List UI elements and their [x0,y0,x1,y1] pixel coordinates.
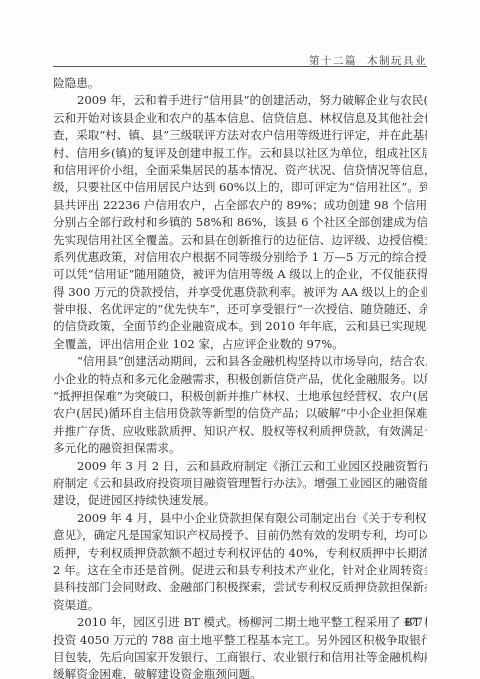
text-line: 全覆盖，评出信用企业 102 家，占应评企业数的 97%。 [53,336,427,353]
text-line: 系列优惠政策，对信用农户根据不同等级分别给予 1 万—5 万元的综合授信，在授信… [53,249,427,266]
paragraph: 2009 年，云和着手进行“信用县”的创建活动，努力破解企业与农民(居民)融资难… [53,92,427,353]
text-line: 2009 年，云和着手进行“信用县”的创建活动，努力破解企业与农民(居民)融资难… [53,92,427,109]
text-line: 意见》，确定凡是国家知识产权局授予、目前仍然有效的发明专利，均可以以专利的财产权… [53,527,427,544]
paragraph: 2010 年，园区引进 BT 模式。杨柳河二期土地平整工程采用了 BT 模式进行… [53,614,427,679]
text-line: 誉申报、名优评定的“优先快车”，还可享受银行“一次授信、随贷随还、余额控制、周转… [53,301,427,318]
text-line: 并推广存货、应收账款质押、知识产权、股权等权利质押贷款，有效满足个人与企业多层次… [53,423,427,440]
text-line: 投资 4050 万元的 788 亩土地平整工程基本完工。另外园区积极争取银行支持… [53,632,427,649]
text-line: 查，采取“村、镇、县”三级联评方法对农户信用等级进行评定，并在此基础上全面开展信… [53,127,427,144]
text-line: 村、信用乡(镇)的复评及创建申报工作。云和县以社区为单位，组成社区居民信息采集小… [53,145,427,162]
text-line: 质押，专利权质押贷款额不超过专利权评估的 40%，专利权质押中长期流动资金贷款期… [53,545,427,562]
text-line: 2009 年 3 月 2 日，云和县政府制定《浙江云和工业园区投融资暂行办法》，… [53,458,427,475]
text-line: 小企业的特点和多元化金融需求，积极创新信贷产品，优化金融服务。以解决农户、社区居… [53,371,427,388]
text-line: 资渠道。 [53,597,427,614]
text-line: 县共评出 22236 户信用农户，占全部农户的 89%；成功创建 98 个信用村… [53,197,427,214]
book-page: 第十二篇木制玩具业 险隐患。2009 年，云和着手进行“信用县”的创建活动，努力… [0,0,480,679]
text-line: 和信用评价小组，全面采集居民的基本情况、资产状况、信贷情况等信息，并依此评定信用… [53,162,427,179]
header-rule [53,66,427,67]
text-line: 建设，促进园区持续快速发展。 [53,492,427,509]
text-line: 农户(居民)循环自主信用贷款等新型的信贷产品；以破解“中小企业担保难”为切入点，… [53,405,427,422]
text-line: 多元化的融资担保需求。 [53,440,427,457]
text-line: 可以凭“信用证”随用随贷，被评为信用等级 A 级以上的企业，不仅能获得政策倾斜，… [53,266,427,283]
text-line: 云和开始对该县企业和农户的基本信息、信贷信息、林权信息及其他社会信息进行全面调 [53,110,427,127]
text-line: 2 年。这在全市还是首例。促进云和县专利技术产业化，针对企业周转资金困难的问题，… [53,562,427,579]
paragraph: 2009 年 3 月 2 日，云和县政府制定《浙江云和工业园区投融资暂行办法》，… [53,458,427,510]
text-line: 缓解资金困难，破解建设资金瓶颈问题。 [53,666,427,679]
text-line: “信用县”创建活动期间，云和县各金融机构坚持以市场导向，结合农户、社区居民和中 [53,353,427,370]
text-line: 府制定《云和县政府投资项目融资管理暂行办法》。增强工业园区的融资能力，加快工业园… [53,475,427,492]
text-line: 县科技部门会同财政、金融部门积极探索，尝试专利权反质押贷款担保新办法，拓宽企业融 [53,579,427,596]
text-line: “抵押担保难”为突破口，积极创新并推广林权、土地承包经营权、农户(居民)联保贷款… [53,388,427,405]
page-number: 477 [404,617,423,628]
text-line: 级，只要社区中信用居民户达到 60%以上的，即可评定为“信用社区”。到 2010… [53,179,427,196]
paragraph: 2009 年 4 月，县中小企业贷款担保有限公司制定出台《关于专利权质押贷款担保… [53,510,427,614]
text-line: 2009 年 4 月，县中小企业贷款担保有限公司制定出台《关于专利权质押贷款担保… [53,510,427,527]
body-text: 险隐患。2009 年，云和着手进行“信用县”的创建活动，努力破解企业与农民(居民… [53,75,427,679]
text-line: 目包装，先后向国家开发银行、工商银行、农业银行和信用社等金融机构融资 2.15 … [53,649,427,666]
paragraph: “信用县”创建活动期间，云和县各金融机构坚持以市场导向，结合农户、社区居民和中小… [53,353,427,457]
paragraph: 险隐患。 [53,75,427,92]
text-line: 先实现信用社区全覆盖。云和县在创新推行的边征信、边评级、边授信模式的基础上，出台… [53,232,427,249]
text-line: 险隐患。 [53,75,427,92]
text-line: 2010 年，园区引进 BT 模式。杨柳河二期土地平整工程采用了 BT 模式进行… [53,614,427,631]
text-line: 的信贷政策，全面节约企业融资成本。到 2010 年年底，云和县已实现规模以上企业… [53,318,427,335]
text-line: 得 300 万元的贷款授信，并享受优惠贷款利率。被评为 AA 级以上的企业，除能… [53,284,427,301]
text-line: 分别占全部行政村和乡镇的 58%和 86%，该县 6 个社区全部创建成为信用社区… [53,214,427,231]
